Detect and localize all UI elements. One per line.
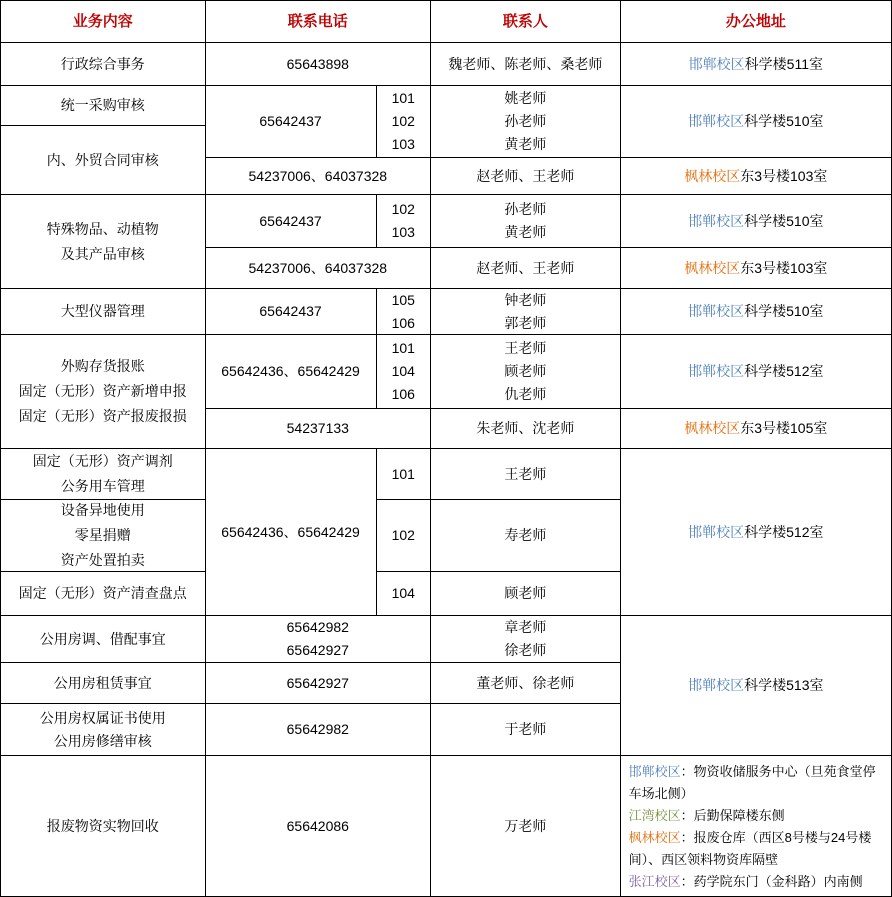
phone-cell: 65642437 [206, 289, 376, 334]
address-text: 枫林校区东3号楼105室 [684, 417, 827, 440]
address-text: 枫林校区东3号楼103室 [684, 257, 827, 280]
campus-label: 邯郸校区 [688, 113, 744, 129]
business-cell: 公用房租赁事宜 [1, 662, 205, 703]
contact-line: 黄老师 [504, 221, 546, 244]
contact-cell: 钟老师 郭老师 [431, 289, 620, 334]
ext-line: 106 [392, 383, 415, 406]
contact-cell: 于老师 [431, 703, 620, 755]
header-row: 业务内容 联系电话 联系人 办公地址 [1, 1, 891, 42]
phone-cell: 54237006、64037328 [206, 157, 431, 194]
address-cell: 邯郸校区科学楼513室 [621, 616, 891, 755]
address-rest: 后勤保障楼东侧 [694, 808, 785, 823]
business-line: 公务用车管理 [61, 474, 145, 499]
business-cell: 大型仪器管理 [1, 289, 205, 334]
ext-line: 102 [392, 198, 415, 221]
business-cell: 公用房调、借配事宜 [1, 616, 205, 662]
phone-cell: 65643898 [206, 43, 431, 85]
contact-line: 徐老师 [504, 639, 546, 662]
address-text: 邯郸校区科学楼511室 [689, 53, 823, 76]
ext-cell: 102 [377, 499, 431, 571]
business-line: 资产处置拍卖 [61, 548, 145, 573]
address-cell: 邯郸校区科学楼510室 [621, 86, 891, 157]
campus-label: 邯郸校区 [688, 303, 744, 319]
ext-line: 103 [392, 221, 415, 244]
phone-cell: 65642436、65642429 [206, 449, 376, 615]
contact-line: 钟老师 [504, 289, 546, 312]
ext-cell: 101 [377, 449, 431, 499]
ext-cell: 101 104 106 [376, 335, 431, 408]
phone-cell: 54237006、64037328 [206, 247, 431, 288]
address-cell: 邯郸校区科学楼511室 [621, 43, 891, 85]
business-line: 公用房修缮审核 [54, 730, 152, 753]
address-text: 邯郸校区科学楼513室 [688, 674, 823, 697]
phone-cell: 65642437 [206, 195, 376, 247]
address-text: 邯郸校区科学楼510室 [688, 300, 823, 323]
campus-label: 邯郸校区 [629, 764, 681, 779]
business-cell: 外购存货报账 固定（无形）资产新增申报 固定（无形）资产报废报损 [1, 335, 205, 448]
address-rest: 科学楼510室 [744, 213, 823, 229]
business-line: 特殊物品、动植物 [47, 217, 159, 242]
ext-cell: 104 [377, 571, 431, 615]
address-entry: 邯郸校区：物资收储服务中心（旦苑食堂停车场北侧） [629, 761, 883, 805]
ext-cell: 102 103 [376, 195, 431, 247]
contact-line: 黄老师 [504, 133, 546, 156]
address-rest: 科学楼511室 [745, 56, 823, 72]
contact-line: 郭老师 [504, 312, 546, 335]
row-large-instruments: 大型仪器管理 65642437 105 106 钟老师 郭老师 邯郸校区科学楼5… [1, 288, 891, 334]
campus-label: 枫林校区 [629, 830, 681, 845]
header-phone: 联系电话 [206, 1, 431, 42]
ext-line: 101 [392, 337, 415, 360]
contact-cell: 寿老师 [431, 499, 620, 571]
address-text: 邯郸校区科学楼512室 [688, 521, 823, 544]
address-entry: 枫林校区：报废仓库（西区8号楼与24号楼间）、西区领料物资库隔壁 [629, 827, 883, 871]
address-rest: 东3号楼105室 [740, 420, 827, 436]
ext-line: 101 [392, 87, 415, 110]
business-cell: 固定（无形）资产清查盘点 [1, 571, 205, 615]
address-entry: 张江校区：药学院东门（金科路）内南侧 [629, 871, 883, 893]
address-cell: 枫林校区东3号楼105室 [621, 408, 891, 448]
colon: ： [681, 874, 694, 889]
row-group-public-housing: 公用房调、借配事宜 公用房租赁事宜 公用房权属证书使用 公用房修缮审核 6564… [1, 615, 891, 755]
phone-cell: 65642982 [206, 703, 431, 755]
business-line: 及其产品审核 [61, 242, 145, 267]
campus-label: 枫林校区 [684, 420, 740, 436]
address-rest: 东3号楼103室 [740, 168, 827, 184]
contact-cell: 董老师、徐老师 [431, 662, 620, 703]
address-entry: 江湾校区：后勤保障楼东侧 [629, 805, 883, 827]
contact-cell: 孙老师 黄老师 [431, 195, 620, 247]
address-text: 邯郸校区科学楼512室 [688, 360, 823, 383]
contact-cell: 章老师 徐老师 [431, 616, 620, 662]
address-cell: 邯郸校区科学楼512室 [621, 449, 891, 615]
business-cell: 特殊物品、动植物 及其产品审核 [1, 195, 205, 288]
colon: ： [681, 764, 694, 779]
business-cell: 行政综合事务 [1, 43, 205, 85]
phone-cell: 65642086 [206, 756, 431, 896]
business-cell: 设备异地使用 零星捐赠 资产处置拍卖 [1, 499, 205, 571]
row-admin-affairs: 行政综合事务 65643898 魏老师、陈老师、桑老师 邯郸校区科学楼511室 [1, 42, 891, 85]
business-line: 固定（无形）资产调剂 [33, 449, 173, 474]
address-rest: 科学楼512室 [744, 524, 823, 540]
address-cell: 枫林校区东3号楼103室 [621, 247, 891, 288]
row-group-asset-management: 固定（无形）资产调剂 公务用车管理 设备异地使用 零星捐赠 资产处置拍卖 固定（… [1, 448, 891, 615]
address-rest: 科学楼510室 [744, 303, 823, 319]
phone-cell: 65642436、65642429 [206, 335, 376, 408]
business-cell: 固定（无形）资产调剂 公务用车管理 [1, 449, 205, 499]
campus-label: 江湾校区 [629, 808, 681, 823]
campus-label: 邯郸校区 [688, 213, 744, 229]
contact-cell: 姚老师 孙老师 黄老师 [431, 86, 620, 157]
ext-line: 105 [392, 289, 415, 312]
contact-line: 仇老师 [504, 383, 546, 406]
address-rest: 东3号楼103室 [740, 260, 827, 276]
address-cell: 邯郸校区：物资收储服务中心（旦苑食堂停车场北侧） 江湾校区：后勤保障楼东侧 枫林… [621, 756, 891, 893]
contact-table: 业务内容 联系电话 联系人 办公地址 行政综合事务 65643898 魏老师、陈… [0, 0, 892, 897]
row-scrap-recovery: 报废物资实物回收 65642086 万老师 邯郸校区：物资收储服务中心（旦苑食堂… [1, 755, 891, 896]
phone-cell: 54237133 [206, 408, 431, 448]
ext-cell: 101 102 103 [376, 86, 431, 157]
phone-line: 65642927 [287, 639, 349, 662]
contact-cell: 王老师 [431, 449, 620, 499]
address-rest: 药学院东门（金科路）内南侧 [694, 874, 863, 889]
contact-cell: 赵老师、王老师 [431, 157, 620, 194]
ext-line: 103 [392, 133, 415, 156]
contact-line: 孙老师 [504, 198, 546, 221]
campus-label: 邯郸校区 [688, 363, 744, 379]
phone-cell: 65642437 [206, 86, 376, 157]
phone-cell: 65642982 65642927 [206, 616, 431, 662]
campus-label: 张江校区 [629, 874, 681, 889]
contact-cell: 万老师 [431, 756, 620, 896]
contact-line: 王老师 [504, 337, 546, 360]
row-group-asset-reporting: 外购存货报账 固定（无形）资产新增申报 固定（无形）资产报废报损 6564243… [1, 334, 891, 448]
ext-line: 106 [392, 312, 415, 335]
business-line: 外购存货报账 [61, 354, 145, 379]
colon: ： [681, 808, 694, 823]
business-line: 设备异地使用 [61, 498, 145, 523]
business-cell: 统一采购审核 [1, 86, 205, 125]
contact-cell: 赵老师、王老师 [431, 247, 620, 288]
campus-label: 邯郸校区 [688, 677, 744, 693]
colon: ： [681, 830, 694, 845]
business-line: 公用房权属证书使用 [40, 707, 166, 730]
business-line: 固定（无形）资产报废报损 [19, 404, 187, 429]
business-cell: 内、外贸合同审核 [1, 125, 205, 194]
address-cell: 枫林校区东3号楼103室 [621, 157, 891, 194]
contact-line: 顾老师 [504, 360, 546, 383]
contact-cell: 顾老师 [431, 571, 620, 615]
business-line: 固定（无形）资产新增申报 [19, 379, 187, 404]
row-group-procurement-contract: 统一采购审核 内、外贸合同审核 65642437 101 102 103 542… [1, 85, 891, 194]
phone-line: 65642982 [287, 616, 349, 639]
ext-line: 104 [392, 360, 415, 383]
phone-cell: 65642927 [206, 662, 431, 703]
address-rest: 科学楼513室 [744, 677, 823, 693]
contact-cell: 魏老师、陈老师、桑老师 [431, 43, 620, 85]
contact-cell: 朱老师、沈老师 [431, 408, 620, 448]
business-cell: 报废物资实物回收 [1, 756, 205, 896]
contact-line: 章老师 [504, 616, 546, 639]
ext-cell: 105 106 [376, 289, 431, 334]
address-cell: 邯郸校区科学楼510室 [621, 195, 891, 247]
header-address: 办公地址 [621, 1, 891, 42]
header-contact: 联系人 [431, 1, 620, 42]
contact-cell: 王老师 顾老师 仇老师 [431, 335, 620, 408]
address-rest: 科学楼510室 [744, 113, 823, 129]
row-group-special-items: 特殊物品、动植物 及其产品审核 65642437 102 103 5423700… [1, 194, 891, 288]
address-text: 邯郸校区科学楼510室 [688, 210, 823, 233]
address-rest: 科学楼512室 [744, 363, 823, 379]
address-text: 邯郸校区科学楼510室 [688, 110, 823, 133]
business-cell: 公用房权属证书使用 公用房修缮审核 [1, 703, 205, 755]
campus-label: 枫林校区 [684, 260, 740, 276]
address-cell: 邯郸校区科学楼512室 [621, 335, 891, 408]
campus-label: 邯郸校区 [688, 524, 744, 540]
address-text: 枫林校区东3号楼103室 [684, 165, 827, 188]
contact-line: 姚老师 [504, 87, 546, 110]
header-business: 业务内容 [1, 1, 205, 42]
ext-line: 102 [392, 110, 415, 133]
business-line: 零星捐赠 [75, 523, 131, 548]
contact-line: 孙老师 [504, 110, 546, 133]
campus-label: 枫林校区 [684, 168, 740, 184]
address-cell: 邯郸校区科学楼510室 [621, 289, 891, 334]
campus-label: 邯郸校区 [689, 56, 745, 72]
